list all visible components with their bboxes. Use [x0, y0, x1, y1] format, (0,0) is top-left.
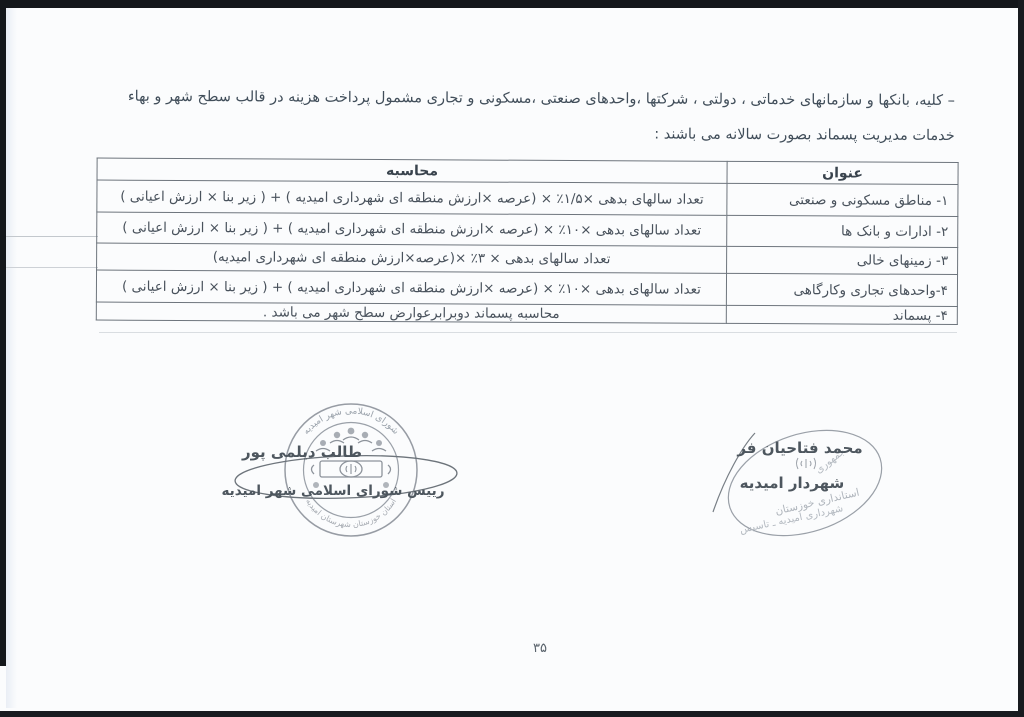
document-content: – کلیه، بانکها و سازمانهای خدماتی ، دولت…: [0, 0, 1024, 717]
row-title: ۴- پسماند: [726, 305, 957, 324]
row-title: ۳- زمینهای خالی: [727, 246, 958, 274]
council-chairman-role: رییس شورای اسلامی شهر امیدیه: [221, 483, 444, 499]
fees-table: عنوان محاسبه ۱- مناطق مسکونی و صنعتی تعد…: [96, 158, 959, 326]
row-title: ۱- مناطق مسکونی و صنعتی: [727, 183, 958, 216]
mayor-role: شهردار امیدیه: [740, 474, 845, 492]
row-calculation: تعداد سالهای بدهی ×۱/۵٪ × (عرصه ×ارزش من…: [97, 180, 727, 215]
mayor-name: محمد فتاحیان فر: [736, 439, 862, 457]
scanned-page: – کلیه، بانکها و سازمانهای خدماتی ، دولت…: [0, 0, 1024, 717]
table-row: ۱- مناطق مسکونی و صنعتی تعداد سالهای بده…: [97, 180, 958, 217]
mayor-stamp: جمهوری استانداری خوزستان شهرداری امیدیه …: [680, 415, 920, 555]
table-row: ۴- پسماند محاسبه پسماند دوبرابرعوارض سطح…: [96, 302, 957, 325]
intro-line-1: – کلیه، بانکها و سازمانهای خدماتی ، دولت…: [95, 80, 955, 120]
page-number: ۳۵: [505, 641, 575, 656]
header-title: عنوان: [727, 161, 958, 184]
intro-line-2: خدمات مدیریت پسماند بصورت سالانه می باشن…: [95, 115, 955, 155]
row-calculation: تعداد سالهای بدهی × ۳٪ ×(عرصه×ارزش منطقه…: [97, 243, 727, 273]
table-row: ۲- ادارات و بانک ها تعداد سالهای بدهی ×۱…: [97, 212, 958, 248]
council-chairman-name: طالب دیلمی پور: [241, 443, 362, 462]
intro-paragraph: – کلیه، بانکها و سازمانهای خدماتی ، دولت…: [95, 80, 955, 155]
row-title: ۴-واحدهای تجاری وکارگاهی: [726, 273, 957, 306]
council-stamp: شورای اسلامی شهر امیدیه استان خوزستان شه…: [230, 385, 480, 555]
row-calculation: تعداد سالهای بدهی ×۱۰٪ × (عرصه ×ارزش منط…: [97, 212, 727, 246]
row-title: ۲- ادارات و بانک ها: [727, 215, 958, 247]
council-stamp-arc-bottom-text: استان خوزستان شهرستان امیدیه: [304, 497, 398, 529]
row-calculation: تعداد سالهای بدهی ×۱۰٪ × (عرصه ×ارزش منط…: [96, 270, 726, 305]
table-row: ۴-واحدهای تجاری وکارگاهی تعداد سالهای بد…: [96, 270, 957, 307]
row-calculation: محاسبه پسماند دوبرابرعوارض سطح شهر می با…: [96, 302, 726, 323]
